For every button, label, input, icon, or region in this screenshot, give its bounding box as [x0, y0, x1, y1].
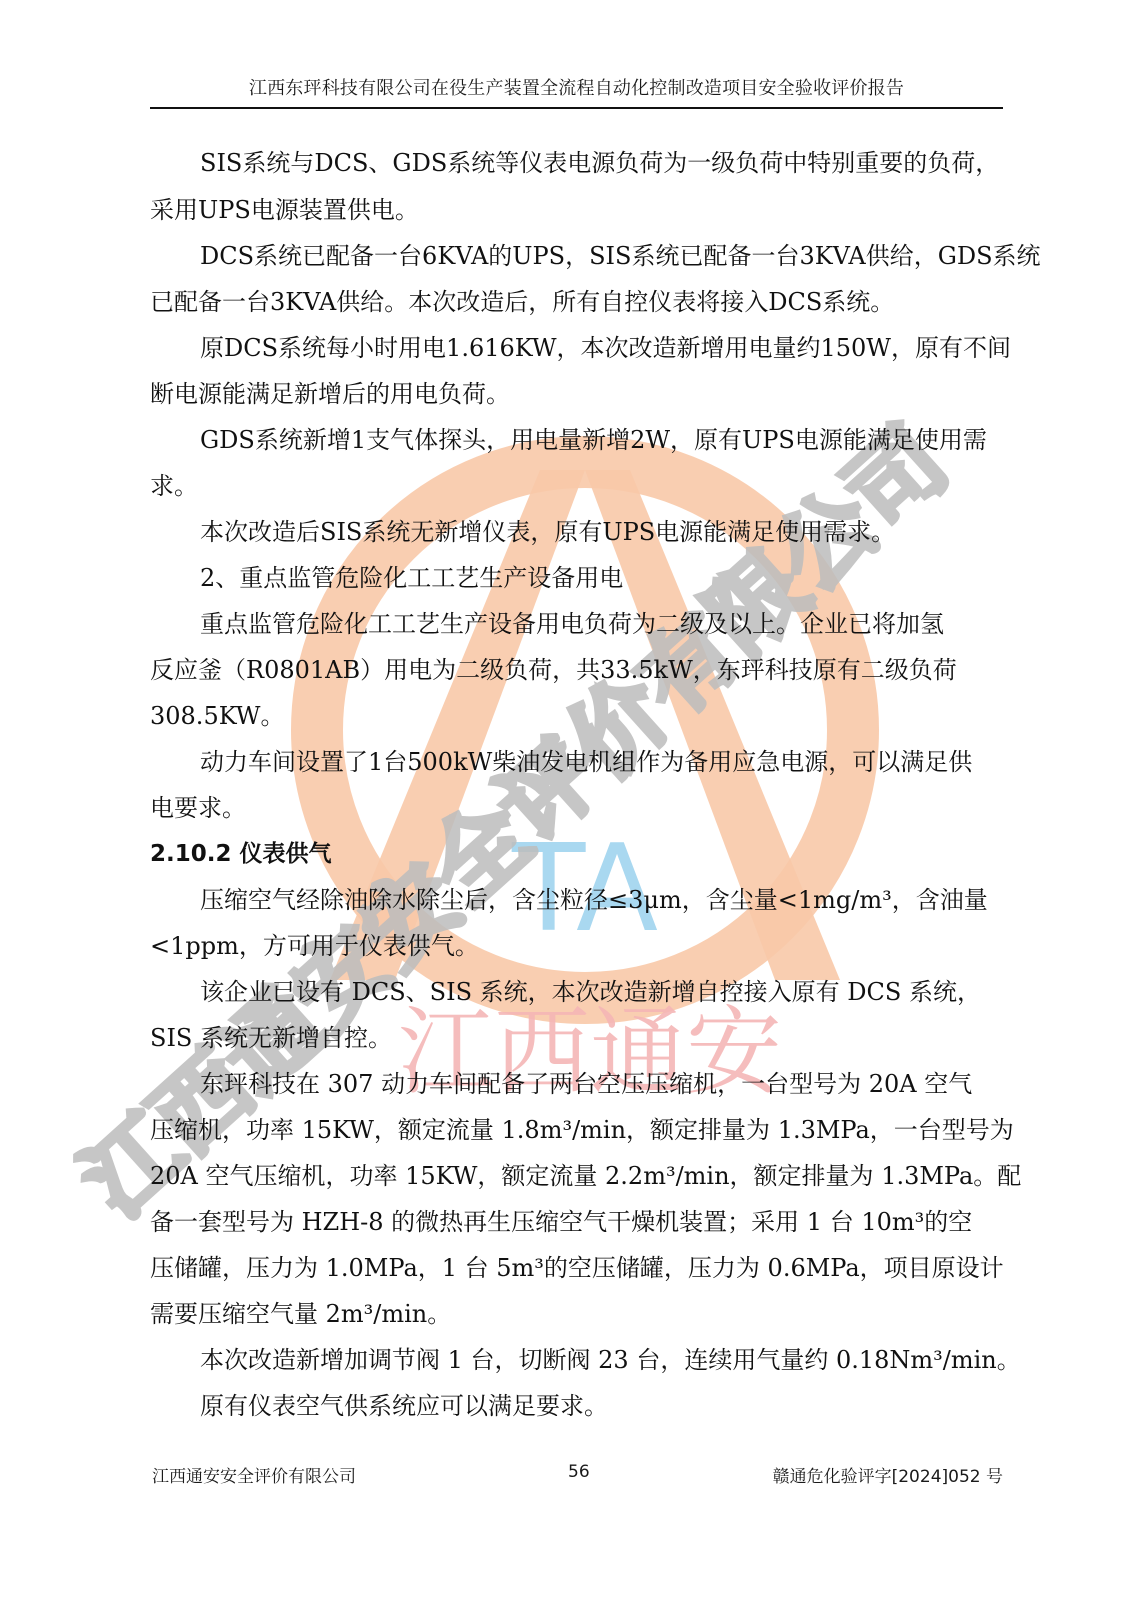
paragraph-line: 原有仪表空气供系统应可以满足要求。 — [200, 1391, 608, 1421]
paragraph-line: 求。 — [150, 471, 198, 501]
paragraph-line: GDS系统新增1支气体探头，用电量新增2W，原有UPS电源能满足使用需 — [200, 425, 987, 455]
paragraph-line: <1ppm，方可用于仪表供气。 — [150, 931, 479, 961]
paragraph-line: 压缩空气经除油除水除尘后，含尘粒径≤3μm，含尘量<1mg/m³，含油量 — [200, 885, 988, 915]
watermark-logo-icon: TA 江西通安 — [317, 462, 853, 1108]
paragraph-line: 压缩机，功率 15KW，额定流量 1.8m³/min，额定排量为 1.3MPa，… — [150, 1115, 1014, 1145]
paragraph-line: 308.5KW。 — [150, 701, 284, 731]
paragraph-line: 断电源能满足新增后的用电负荷。 — [150, 379, 510, 409]
paragraph-line: 反应釜（R0801AB）用电为二级负荷，共33.5kW，东玶科技原有二级负荷 — [150, 655, 957, 685]
paragraph-line: 备一套型号为 HZH-8 的微热再生压缩空气干燥机装置；采用 1 台 10m³的… — [150, 1207, 972, 1237]
footer-company: 江西通安安全评价有限公司 — [152, 1462, 356, 1487]
paragraph-line: 本次改造后SIS系统无新增仪表，原有UPS电源能满足使用需求。 — [200, 517, 895, 547]
footer-doc-number: 赣通危化验评字[2024]052 号 — [760, 1462, 1003, 1487]
paragraph-line: 动力车间设置了1台500kW柴油发电机组作为备用应急电源，可以满足供 — [200, 747, 972, 777]
paragraph-line: SIS 系统无新增自控。 — [150, 1023, 392, 1053]
running-header: 江西东玶科技有限公司在役生产装置全流程自动化控制改造项目安全验收评价报告 — [150, 74, 1003, 100]
paragraph-line: DCS系统已配备一台6KVA的UPS，SIS系统已配备一台3KVA供给，GDS系… — [200, 241, 1041, 271]
paragraph-line: 需要压缩空气量 2m³/min。 — [150, 1299, 451, 1329]
paragraph-line: 压储罐，压力为 1.0MPa，1 台 5m³的空压储罐，压力为 0.6MPa，项… — [150, 1253, 1004, 1283]
paragraph-line: 20A 空气压缩机，功率 15KW，额定流量 2.2m³/min，额定排量为 1… — [150, 1161, 1021, 1191]
paragraph-line: 该企业已设有 DCS、SIS 系统，本次改造新增自控接入原有 DCS 系统， — [200, 977, 981, 1007]
paragraph-line: 重点监管危险化工工艺生产设备用电负荷为二级及以上。企业已将加氢 — [200, 609, 944, 639]
paragraph-line: 电要求。 — [150, 793, 246, 823]
header-rule — [150, 107, 1003, 109]
paragraph-line: 原DCS系统每小时用电1.616KW，本次改造新增用电量约150W，原有不间 — [200, 333, 1011, 363]
subsection-line: 2、重点监管危险化工工艺生产设备用电 — [200, 563, 623, 593]
paragraph-line: 本次改造新增加调节阀 1 台，切断阀 23 台，连续用气量约 0.18Nm³/m… — [200, 1345, 1021, 1375]
paragraph-line: 采用UPS电源装置供电。 — [150, 195, 419, 225]
section-heading: 2.10.2 仪表供气 — [150, 839, 332, 869]
paragraph-line: SIS系统与DCS、GDS系统等仪表电源负荷为一级负荷中特别重要的负荷， — [200, 148, 999, 178]
footer-page-number: 56 — [568, 1462, 590, 1482]
document-page: 江西东玶科技有限公司在役生产装置全流程自动化控制改造项目安全验收评价报告 TA … — [0, 0, 1131, 1600]
paragraph-line: 已配备一台3KVA供给。本次改造后，所有自控仪表将接入DCS系统。 — [150, 287, 894, 317]
paragraph-line: 东玶科技在 307 动力车间配备了两台空压压缩机，一台型号为 20A 空气 — [200, 1069, 972, 1099]
